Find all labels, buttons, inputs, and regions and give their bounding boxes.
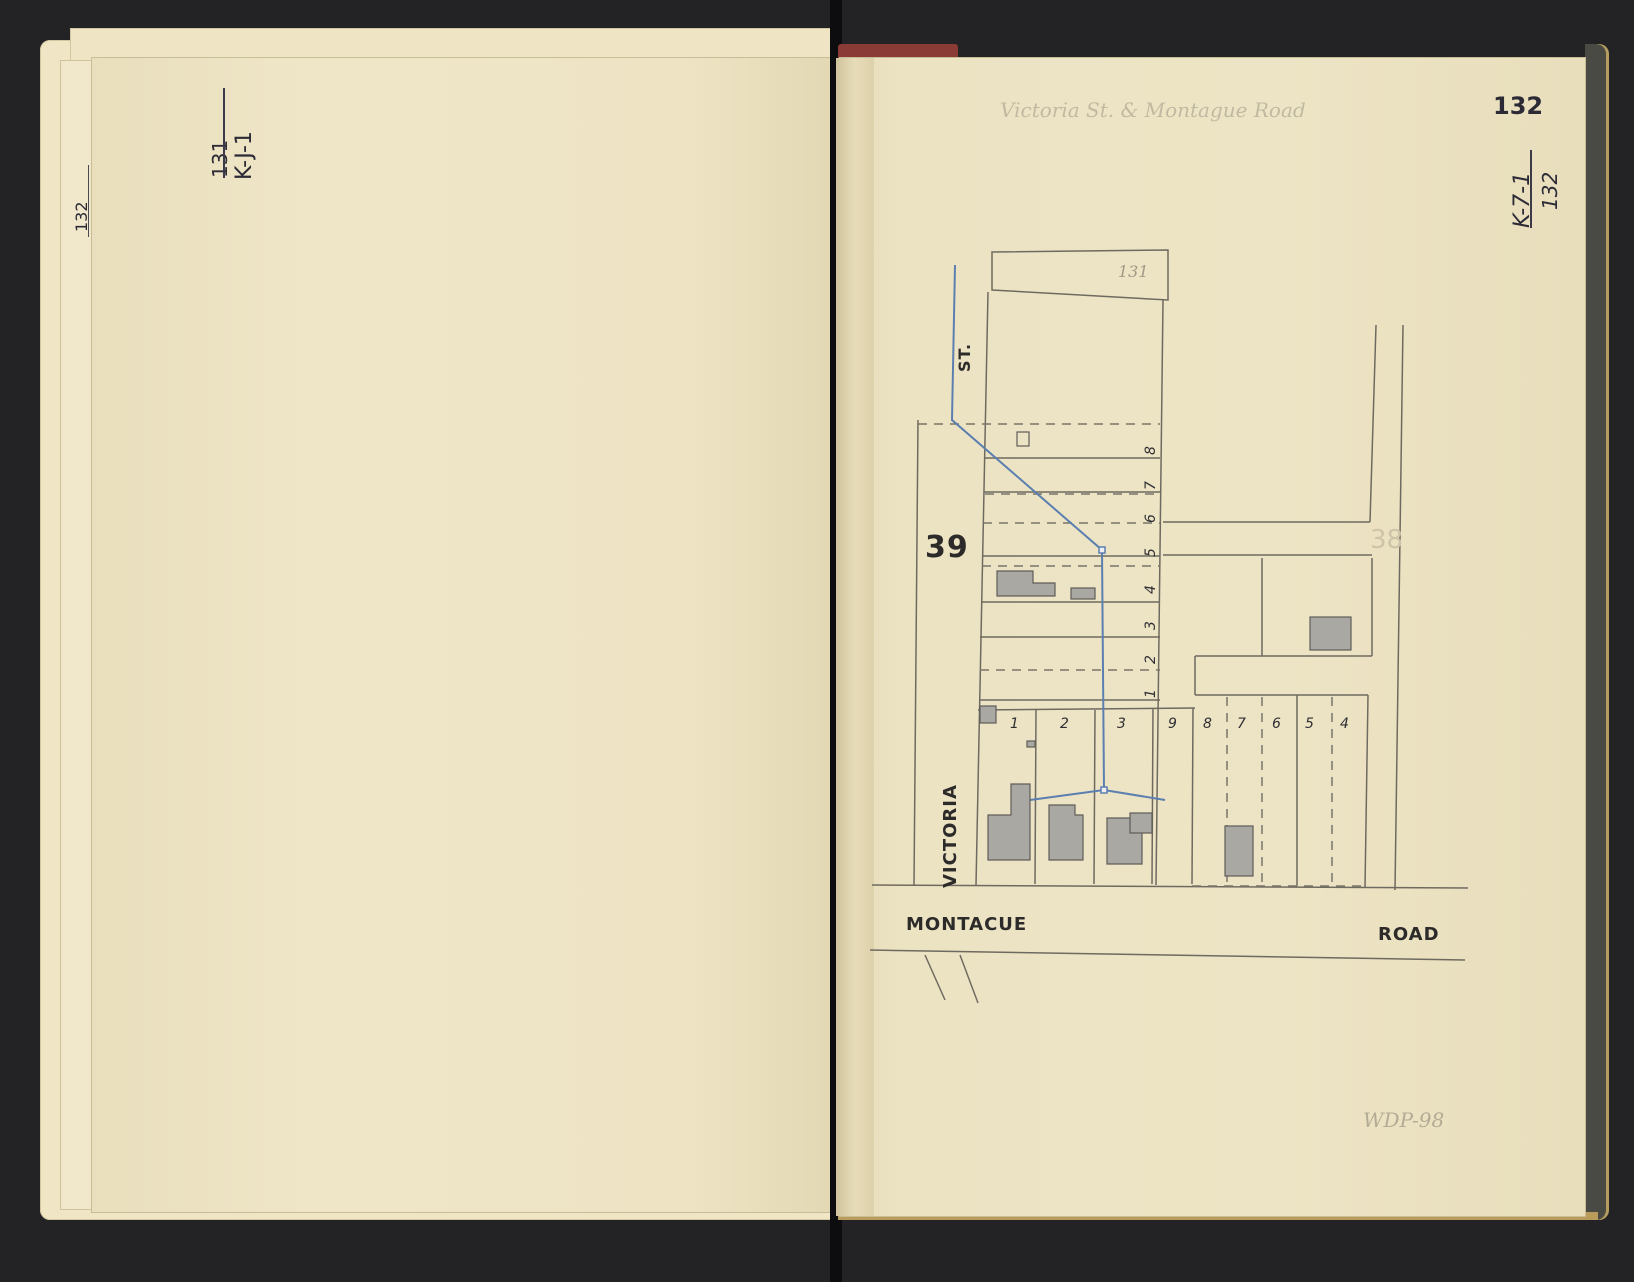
lot-number: 3 <box>1117 716 1126 732</box>
lot-number: 9 <box>1168 716 1177 732</box>
street-label-road: ROAD <box>1378 924 1440 945</box>
plan-drawing <box>0 0 1634 1282</box>
block-number: 39 <box>925 530 969 565</box>
lot-number: 2 <box>1060 716 1069 732</box>
adjacent-block-number: 38 <box>1370 525 1403 555</box>
street-label-montague: MONTACUE <box>906 914 1027 935</box>
street-label-victoria: VICTORIA <box>940 784 961 888</box>
lot-number: 5 <box>1143 548 1159 557</box>
lot-number: 3 <box>1143 621 1159 630</box>
lot-number: 6 <box>1143 514 1159 523</box>
lot-number: 4 <box>1340 716 1349 732</box>
lot-number: 4 <box>1143 585 1159 594</box>
lot-number: 7 <box>1143 481 1159 490</box>
adjacent-plate-label: 131 <box>1118 262 1149 281</box>
lot-number: 7 <box>1237 716 1246 732</box>
lot-number: 5 <box>1305 716 1314 732</box>
lot-number: 1 <box>1010 716 1019 732</box>
lot-number: 8 <box>1203 716 1212 732</box>
lot-number: 8 <box>1143 446 1159 455</box>
lot-number: 2 <box>1143 655 1159 664</box>
lot-number: 6 <box>1272 716 1281 732</box>
street-label-victoria-suffix: ST. <box>955 343 974 372</box>
lot-number: 1 <box>1143 689 1159 698</box>
